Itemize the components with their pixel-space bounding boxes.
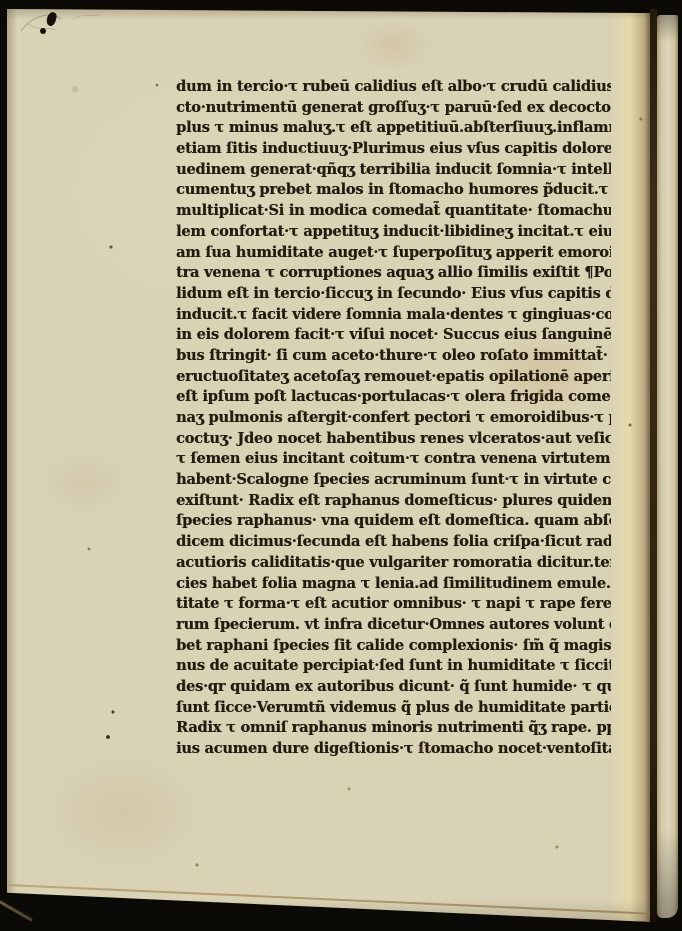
text-line: etiam ſitis inductiuuʒ·Plurimus eius vſu… xyxy=(176,139,611,160)
text-line: cumentuʒ prebet malos in ſtomacho humore… xyxy=(176,180,611,201)
text-line: inducit.τ facit videre ſomnia mala·dente… xyxy=(176,305,611,326)
text-line: ſpecies raphanus· vna quidem eſt domeſti… xyxy=(176,511,611,532)
text-line: dicem dicimus·ſecunda eſt habens folia c… xyxy=(176,532,611,553)
text-line: naʒ pulmonis aſtergit·confert pectori τ … xyxy=(176,408,611,429)
text-line: acutioris caliditatis·que vulgariter rom… xyxy=(176,553,611,574)
text-line: ius acumen dure digeſtionis·τ ſtomacho n… xyxy=(176,739,611,760)
text-line: cies habet folia magna τ lenia.ad ſimili… xyxy=(176,574,611,595)
binding-gutter-shadow xyxy=(650,9,657,922)
text-line: habent·Scalogne ſpecies acruminum ſunt·τ… xyxy=(176,470,611,491)
text-line: coctuʒ· Jdeo nocet habentibus renes vlce… xyxy=(176,429,611,450)
text-line: ſunt ſicce·Verumtñ videmus q̃ plus de hu… xyxy=(176,698,611,719)
text-line: multiplicat·Si in modica comedat̃ quanti… xyxy=(176,201,611,222)
text-line: titate τ forma·τ eſt acutior omnibus· τ … xyxy=(176,594,611,615)
facing-page-edge xyxy=(657,15,678,918)
text-line: lem confortat·τ appetituʒ inducit·libidi… xyxy=(176,222,611,243)
text-line: eſt ipſum poſt lactucas·portulacas·τ ole… xyxy=(176,387,611,408)
book-page: dum in tercio·τ rubeū calidius eſt albo·… xyxy=(7,9,653,922)
text-line: in eis dolorem facit·τ viſui nocet· Succ… xyxy=(176,325,611,346)
text-line: plus τ minus maluʒ.τ eſt appetitiuū.abſt… xyxy=(176,118,611,139)
text-line: des·qr quidam ex autoribus dicunt· q̃ ſu… xyxy=(176,677,611,698)
text-line: τ ſemen eius incitant coitum·τ contra ve… xyxy=(176,449,611,470)
text-line: dum in tercio·τ rubeū calidius eſt albo·… xyxy=(176,77,611,98)
text-line: am ſua humiditate auget·τ ſuperpoſituʒ a… xyxy=(176,243,611,264)
book-scan: dum in tercio·τ rubeū calidius eſt albo·… xyxy=(0,0,682,931)
foxing-specks xyxy=(0,0,2,2)
text-line: eructuoſitateʒ acetoſaʒ remouet·epatis o… xyxy=(176,367,611,388)
text-line: uedinem generat·qñqʒ terribilia inducit … xyxy=(176,160,611,181)
text-line: cto·nutrimentū generat groſſuʒ·τ paruū·ſ… xyxy=(176,98,611,119)
text-line: bus ſtringit· ſi cum aceto·thure·τ oleo … xyxy=(176,346,611,367)
text-line: tra venena τ corruptiones aquaʒ allio ſi… xyxy=(176,263,611,284)
underlying-page-edge xyxy=(0,899,33,922)
ink-dot-mark xyxy=(40,28,46,34)
text-line: Radix τ omniſ raphanus minoris nutriment… xyxy=(176,718,611,739)
text-block: dum in tercio·τ rubeū calidius eſt albo·… xyxy=(176,77,611,760)
text-line: bet raphani ſpecies ſit calide complexio… xyxy=(176,636,611,657)
text-line: rum ſpecierum. vt infra dicetur·Omnes au… xyxy=(176,615,611,636)
faint-scribble-marks xyxy=(13,9,103,39)
text-line: exiſtunt· Radix eſt raphanus domeſticus·… xyxy=(176,491,611,512)
text-line: lidum eſt in tercio·ſiccuʒ in ſecundo· E… xyxy=(176,284,611,305)
text-line: nus de acuitate percipiat·ſed ſunt in hu… xyxy=(176,656,611,677)
